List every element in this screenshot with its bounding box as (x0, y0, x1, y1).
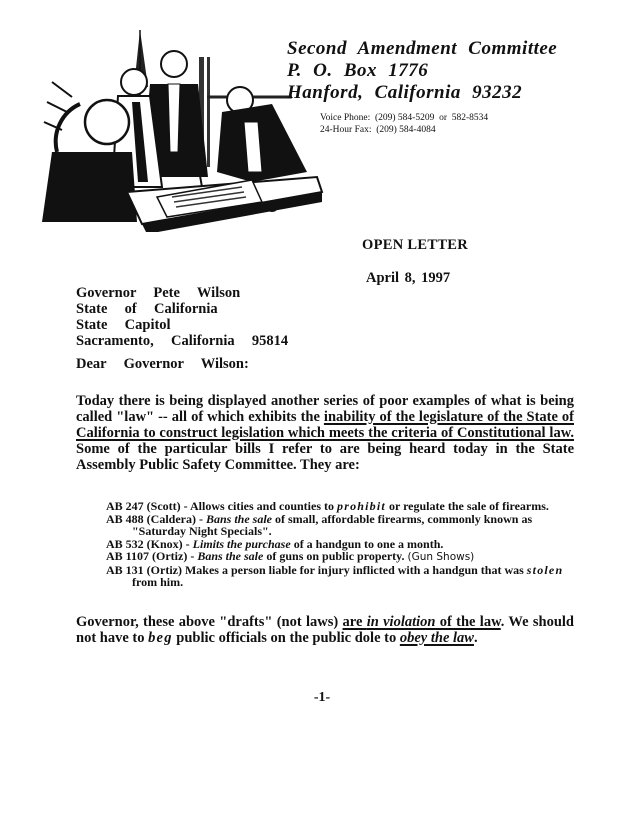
bill-text: - (187, 549, 197, 563)
address-line: State of California (76, 301, 288, 317)
address-line: Sacramento, California 95814 (76, 333, 288, 349)
bill-text: Makes a person liable for injury inflict… (182, 563, 527, 577)
obey-law-emphasis: obey the law (400, 630, 474, 646)
paragraph-intro: Today there is being displayed another s… (76, 393, 574, 473)
bill-note: (Gun Shows) (408, 551, 475, 563)
paragraph-closing: Governor, these above "drafts" (not laws… (76, 614, 574, 646)
city-line: Hanford, California 93232 (287, 82, 637, 104)
underlined-fragment: of the law (435, 614, 500, 630)
paragraph-text: Some of the particular bills I refer to … (76, 441, 574, 473)
underlined-text: are in violation of the law (343, 614, 501, 630)
address-line: State Capitol (76, 317, 288, 333)
po-box: P. O. Box 1776 (287, 60, 637, 82)
bill-emphasis: stolen (527, 563, 564, 577)
paragraph-text: . (474, 630, 478, 646)
bill-text: of guns on public property. (263, 549, 407, 563)
letter-heading: OPEN LETTER (362, 237, 468, 254)
letterhead: Second Amendment Committee P. O. Box 177… (287, 38, 637, 104)
bill-id: AB 1107 (106, 549, 149, 563)
salutation: Dear Governor Wilson: (76, 356, 249, 373)
underlined-fragment: are (343, 614, 367, 630)
bill-item: AB 488 (Caldera) - Bans the sale of smal… (106, 513, 576, 538)
organization-name: Second Amendment Committee (287, 38, 637, 60)
bill-item: AB 131 (Ortiz) Makes a person liable for… (106, 564, 576, 589)
fax-number: 24-Hour Fax: (209) 584-4084 (320, 124, 488, 136)
bill-author: (Ortiz) (152, 549, 187, 563)
page-number: -1- (0, 690, 644, 706)
voice-phone: Voice Phone: (209) 584-5209 or 582-8534 (320, 112, 488, 124)
paragraph-text: public officials on the public dole to (173, 630, 400, 646)
contact-info: Voice Phone: (209) 584-5209 or 582-8534 … (320, 112, 488, 136)
address-line: Governor Pete Wilson (76, 285, 288, 301)
bill-text: from him. (132, 575, 183, 589)
paragraph-text: Governor, these above "drafts" (not laws… (76, 614, 343, 630)
violation-emphasis: in violation (367, 614, 436, 630)
recipient-address: Governor Pete Wilson State of California… (76, 285, 288, 349)
bill-emphasis: Bans the sale (197, 549, 263, 563)
letter-date: April 8, 1997 (366, 270, 450, 287)
bill-list: AB 247 (Scott) - Allows cities and count… (106, 500, 576, 589)
beg-emphasis: beg (148, 630, 173, 646)
bill-item: AB 1107 (Ortiz) - Bans the sale of guns … (106, 550, 576, 564)
